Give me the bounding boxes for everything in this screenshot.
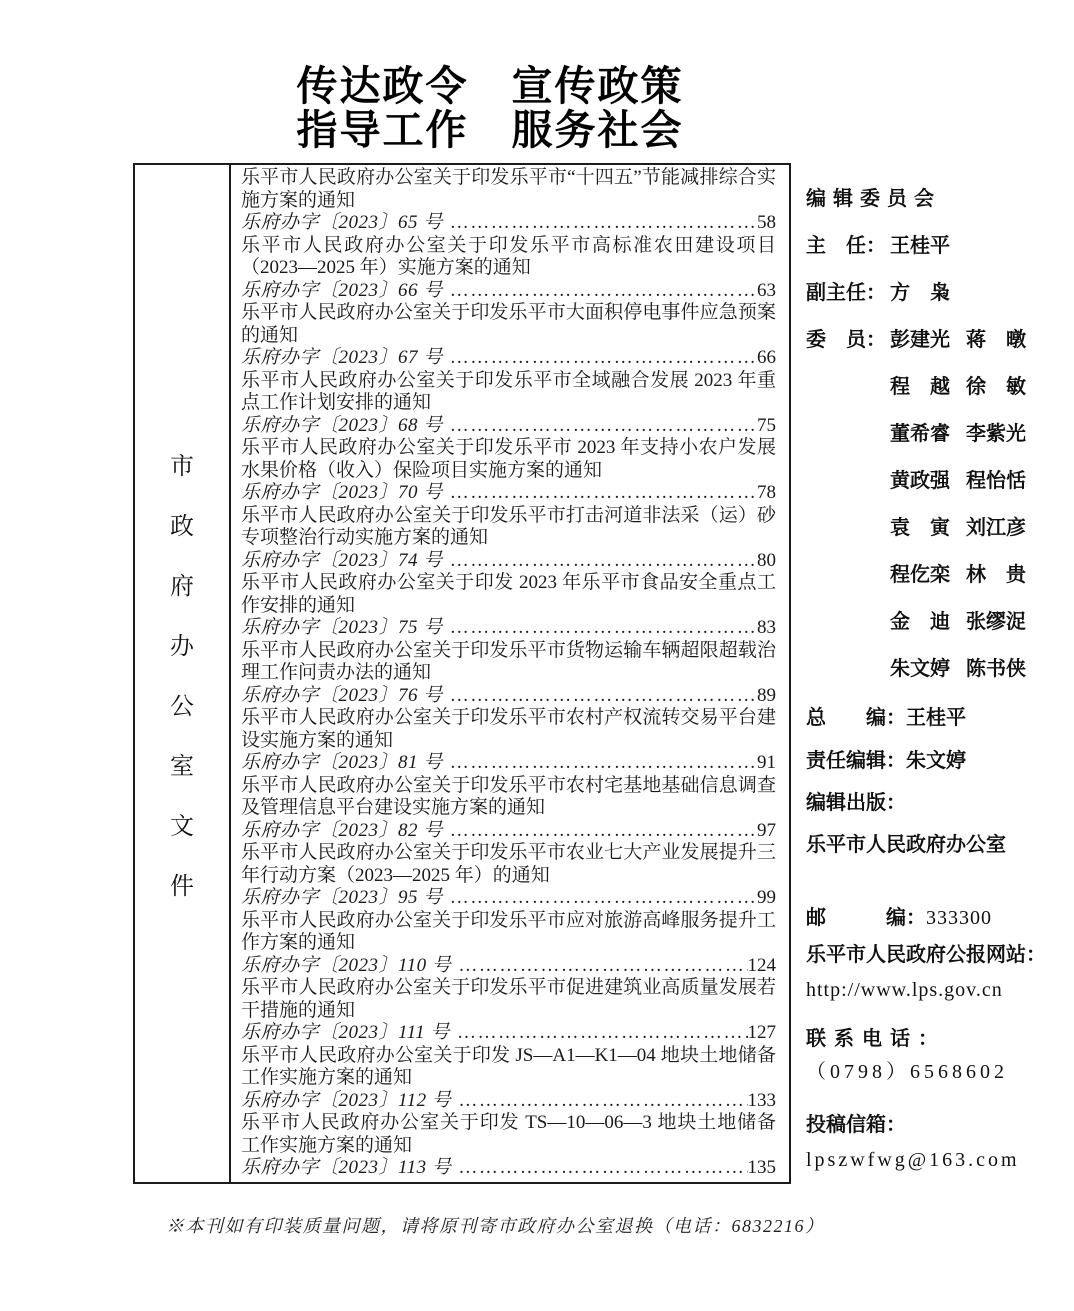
sidebar-char: 公 [170, 686, 194, 721]
dot-leader [443, 820, 757, 843]
dot-leader [451, 955, 747, 978]
toc-entry-docline: 乐府办字〔2023〕82 号 97 [241, 820, 776, 843]
doc-number: 乐府办字〔2023〕95 号 [241, 887, 443, 910]
member-name: 刘江彦 [966, 517, 1026, 540]
toc-entry-docline: 乐府办字〔2023〕66 号 63 [241, 280, 776, 303]
toc-entry-docline: 乐府办字〔2023〕65 号 58 [241, 212, 776, 235]
member-name: 李紫光 [966, 423, 1026, 446]
member-row: 程仡栾 林 贵 [806, 564, 1062, 587]
sidebar-char: 文 [170, 806, 194, 841]
dot-leader [443, 280, 757, 303]
toc-entry-title: 乐平市人民政府办公室关于印发乐平市应对旅游高峰服务提升工作方案的通知 [241, 910, 776, 955]
toc-entry: 乐平市人民政府办公室关于印发乐平市农业七大产业发展提升三年行动方案（2023—2… [241, 842, 776, 910]
dot-leader [451, 1157, 747, 1180]
member-name: 陈书侠 [966, 658, 1026, 681]
toc-entry-title: 乐平市人民政府办公室关于印发乐平市农村宅基地基础信息调查及管理信息平台建设实施方… [241, 775, 776, 820]
member-name: 袁 寅 [890, 517, 952, 540]
sidebar-char: 府 [170, 566, 194, 601]
toc-entry-title: 乐平市人民政府办公室关于印发乐平市 2023 年支持小农户发展水果价格（收入）保… [241, 437, 776, 482]
sidebar-char: 政 [170, 506, 194, 541]
member-name: 徐 敏 [966, 376, 1026, 399]
deputy-director-name: 方 枭 [890, 282, 950, 305]
page-number: 135 [748, 1157, 777, 1180]
sidebar-char: 件 [170, 866, 194, 901]
dot-leader [443, 887, 757, 910]
masthead-line2: 指导工作 服务社会 [189, 108, 791, 152]
doc-number: 乐府办字〔2023〕111 号 [241, 1022, 450, 1045]
toc-entry: 乐平市人民政府办公室关于印发 2023 年乐平市食品安全重点工作安排的通知 乐府… [241, 572, 776, 640]
toc-entry-docline: 乐府办字〔2023〕76 号 89 [241, 685, 776, 708]
toc-entry-docline: 乐府办字〔2023〕70 号 78 [241, 482, 776, 505]
toc-entry-docline: 乐府办字〔2023〕68 号 75 [241, 415, 776, 438]
masthead-line1: 传达政令 宣传政策 [189, 64, 791, 108]
doc-number: 乐府办字〔2023〕74 号 [241, 550, 443, 573]
member-name: 林 贵 [966, 564, 1026, 587]
page-number: 66 [757, 347, 776, 370]
doc-number: 乐府办字〔2023〕70 号 [241, 482, 443, 505]
toc-entry-docline: 乐府办字〔2023〕81 号 91 [241, 752, 776, 775]
page-number: 75 [757, 415, 776, 438]
toc-entry-docline: 乐府办字〔2023〕74 号 80 [241, 550, 776, 573]
page-number: 124 [748, 955, 777, 978]
toc-entry-docline: 乐府办字〔2023〕95 号 99 [241, 887, 776, 910]
director-label: 主 任： [806, 235, 890, 258]
toc-table: 市 政 府 办 公 室 文 件 乐平市人民政府办公室关于印发乐平市“十四五”节能… [133, 163, 791, 1184]
toc-entry-docline: 乐府办字〔2023〕111 号 127 [241, 1022, 776, 1045]
toc-entry-title: 乐平市人民政府办公室关于印发乐平市农业七大产业发展提升三年行动方案（2023—2… [241, 842, 776, 887]
doc-number: 乐府办字〔2023〕67 号 [241, 347, 443, 370]
member-name: 金 迪 [890, 611, 952, 634]
page-number: 99 [757, 887, 776, 910]
dot-leader [451, 1090, 747, 1113]
toc-entry: 乐平市人民政府办公室关于印发乐平市大面积停电事件应急预案的通知 乐府办字〔202… [241, 302, 776, 370]
page-number: 127 [748, 1022, 777, 1045]
member-row: 朱文婷 陈书侠 [806, 658, 1062, 681]
toc-entry: 乐平市人民政府办公室关于印发乐平市高标准农田建设项目（2023—2025 年）实… [241, 235, 776, 303]
toc-entry: 乐平市人民政府办公室关于印发乐平市“十四五”节能减排综合实施方案的通知 乐府办字… [241, 167, 776, 235]
responsible-editor-label: 责任编辑： [806, 750, 906, 773]
member-name: 彭建光 [890, 329, 952, 352]
sidebar-char: 市 [170, 446, 194, 481]
member-row: 委 员： 彭建光 蒋 暾 [806, 329, 1062, 352]
dot-leader [443, 212, 757, 235]
page-number: 91 [757, 752, 776, 775]
page-number: 58 [757, 212, 776, 235]
dot-leader [443, 617, 757, 640]
sidebar-char: 室 [170, 746, 194, 781]
member-name: 程仡栾 [890, 564, 952, 587]
toc-entry: 乐平市人民政府办公室关于印发乐平市应对旅游高峰服务提升工作方案的通知 乐府办字〔… [241, 910, 776, 978]
toc-entry-title: 乐平市人民政府办公室关于印发乐平市农村产权流转交易平台建设实施方案的通知 [241, 707, 776, 752]
toc-entry-title: 乐平市人民政府办公室关于印发乐平市促进建筑业高质量发展若干措施的通知 [241, 977, 776, 1022]
page-number: 78 [757, 482, 776, 505]
editorial-panel: 编辑委员会 主 任： 王桂平 副主任： 方 枭 委 员： 彭建光 蒋 暾 程 越… [806, 188, 1062, 1172]
postcode-row: 邮 编： 333300 [806, 907, 1062, 930]
toc-entry: 乐平市人民政府办公室关于印发乐平市打击河道非法采（运）砂专项整治行动实施方案的通… [241, 505, 776, 573]
phone-label: 联系电话： [806, 1028, 1062, 1051]
page-number: 97 [757, 820, 776, 843]
member-row: 程 越 徐 敏 [806, 376, 1062, 399]
email-label: 投稿信箱： [806, 1114, 1062, 1137]
dot-leader [443, 415, 757, 438]
member-row: 黄政强 程怡恬 [806, 470, 1062, 493]
toc-entry-title: 乐平市人民政府办公室关于印发 TS—10—06—3 地块土地储备工作实施方案的通… [241, 1112, 776, 1157]
deputy-director-row: 副主任： 方 枭 [806, 282, 1062, 305]
committee-title: 编辑委员会 [806, 188, 1062, 211]
website-label: 乐平市人民政府公报网站： [806, 944, 1062, 967]
toc-entry-docline: 乐府办字〔2023〕67 号 66 [241, 347, 776, 370]
toc-entry-docline: 乐府办字〔2023〕110 号 124 [241, 955, 776, 978]
page-number: 89 [757, 685, 776, 708]
doc-number: 乐府办字〔2023〕75 号 [241, 617, 443, 640]
toc-entry-title: 乐平市人民政府办公室关于印发乐平市货物运输车辆超限超载治理工作问责办法的通知 [241, 640, 776, 685]
chief-editor-row: 总 编： 王桂平 [806, 707, 1062, 730]
director-row: 主 任： 王桂平 [806, 235, 1062, 258]
member-row: 董希睿 李紫光 [806, 423, 1062, 446]
toc-entry: 乐平市人民政府办公室关于印发 TS—10—06—3 地块土地储备工作实施方案的通… [241, 1112, 776, 1180]
toc-entry-docline: 乐府办字〔2023〕112 号 133 [241, 1090, 776, 1113]
member-name: 蒋 暾 [966, 329, 1026, 352]
toc-list: 乐平市人民政府办公室关于印发乐平市“十四五”节能减排综合实施方案的通知 乐府办字… [231, 165, 789, 1182]
toc-entry-title: 乐平市人民政府办公室关于印发 JS—A1—K1—04 地块土地储备工作实施方案的… [241, 1045, 776, 1090]
toc-entry: 乐平市人民政府办公室关于印发乐平市 2023 年支持小农户发展水果价格（收入）保… [241, 437, 776, 505]
toc-sidebar-category: 市 政 府 办 公 室 文 件 [135, 165, 231, 1182]
doc-number: 乐府办字〔2023〕113 号 [241, 1157, 451, 1180]
member-name: 董希睿 [890, 423, 952, 446]
dot-leader [443, 685, 757, 708]
footer-note: ※本刊如有印装质量问题，请将原刊寄市政府办公室退换（电话：6832216） [166, 1212, 825, 1238]
sidebar-char: 办 [170, 626, 194, 661]
publisher-label: 编辑出版： [806, 792, 1062, 815]
member-name: 张缪浞 [966, 611, 1026, 634]
dot-leader [443, 550, 757, 573]
member-row: 金 迪 张缪浞 [806, 611, 1062, 634]
publisher-name: 乐平市人民政府办公室 [806, 834, 1062, 857]
chief-editor-label: 总 编： [806, 707, 906, 730]
toc-entry: 乐平市人民政府办公室关于印发 JS—A1—K1—04 地块土地储备工作实施方案的… [241, 1045, 776, 1113]
toc-entry: 乐平市人民政府办公室关于印发乐平市全域融合发展 2023 年重点工作计划安排的通… [241, 370, 776, 438]
phone-number: （0798）6568602 [806, 1061, 1062, 1084]
page-number: 133 [748, 1090, 777, 1113]
member-row: 袁 寅 刘江彦 [806, 517, 1062, 540]
toc-entry-title: 乐平市人民政府办公室关于印发乐平市高标准农田建设项目（2023—2025 年）实… [241, 235, 776, 280]
doc-number: 乐府办字〔2023〕110 号 [241, 955, 451, 978]
toc-entry-title: 乐平市人民政府办公室关于印发 2023 年乐平市食品安全重点工作安排的通知 [241, 572, 776, 617]
postcode-label: 邮 编： [806, 907, 926, 930]
page-number: 63 [757, 280, 776, 303]
email-address: lpszwfwg@163.com [806, 1149, 1062, 1172]
member-name: 黄政强 [890, 470, 952, 493]
toc-entry-docline: 乐府办字〔2023〕75 号 83 [241, 617, 776, 640]
postcode-value: 333300 [926, 907, 992, 930]
page-number: 83 [757, 617, 776, 640]
doc-number: 乐府办字〔2023〕82 号 [241, 820, 443, 843]
deputy-director-label: 副主任： [806, 282, 890, 305]
member-name: 程 越 [890, 376, 952, 399]
toc-entry-title: 乐平市人民政府办公室关于印发乐平市“十四五”节能减排综合实施方案的通知 [241, 167, 776, 212]
website-url: http://www.lps.gov.cn [806, 979, 1062, 1002]
members-label: 委 员： [806, 329, 890, 352]
chief-editor-name: 王桂平 [906, 707, 966, 730]
doc-number: 乐府办字〔2023〕66 号 [241, 280, 443, 303]
page-number: 80 [757, 550, 776, 573]
doc-number: 乐府办字〔2023〕76 号 [241, 685, 443, 708]
doc-number: 乐府办字〔2023〕68 号 [241, 415, 443, 438]
responsible-editor-name: 朱文婷 [906, 750, 966, 773]
toc-entry: 乐平市人民政府办公室关于印发乐平市促进建筑业高质量发展若干措施的通知 乐府办字〔… [241, 977, 776, 1045]
doc-number: 乐府办字〔2023〕112 号 [241, 1090, 451, 1113]
toc-entry-title: 乐平市人民政府办公室关于印发乐平市全域融合发展 2023 年重点工作计划安排的通… [241, 370, 776, 415]
doc-number: 乐府办字〔2023〕65 号 [241, 212, 443, 235]
director-name: 王桂平 [890, 235, 950, 258]
dot-leader [443, 482, 757, 505]
toc-entry-title: 乐平市人民政府办公室关于印发乐平市大面积停电事件应急预案的通知 [241, 302, 776, 347]
doc-number: 乐府办字〔2023〕81 号 [241, 752, 443, 775]
dot-leader [443, 752, 757, 775]
member-name: 朱文婷 [890, 658, 952, 681]
masthead: 传达政令 宣传政策 指导工作 服务社会 [133, 64, 791, 152]
responsible-editor-row: 责任编辑： 朱文婷 [806, 750, 1062, 773]
member-name: 程怡恬 [966, 470, 1026, 493]
dot-leader [443, 347, 757, 370]
toc-entry-title: 乐平市人民政府办公室关于印发乐平市打击河道非法采（运）砂专项整治行动实施方案的通… [241, 505, 776, 550]
toc-entry-docline: 乐府办字〔2023〕113 号 135 [241, 1157, 776, 1180]
toc-entry: 乐平市人民政府办公室关于印发乐平市农村宅基地基础信息调查及管理信息平台建设实施方… [241, 775, 776, 843]
dot-leader [450, 1022, 748, 1045]
toc-entry: 乐平市人民政府办公室关于印发乐平市农村产权流转交易平台建设实施方案的通知 乐府办… [241, 707, 776, 775]
toc-entry: 乐平市人民政府办公室关于印发乐平市货物运输车辆超限超载治理工作问责办法的通知 乐… [241, 640, 776, 708]
